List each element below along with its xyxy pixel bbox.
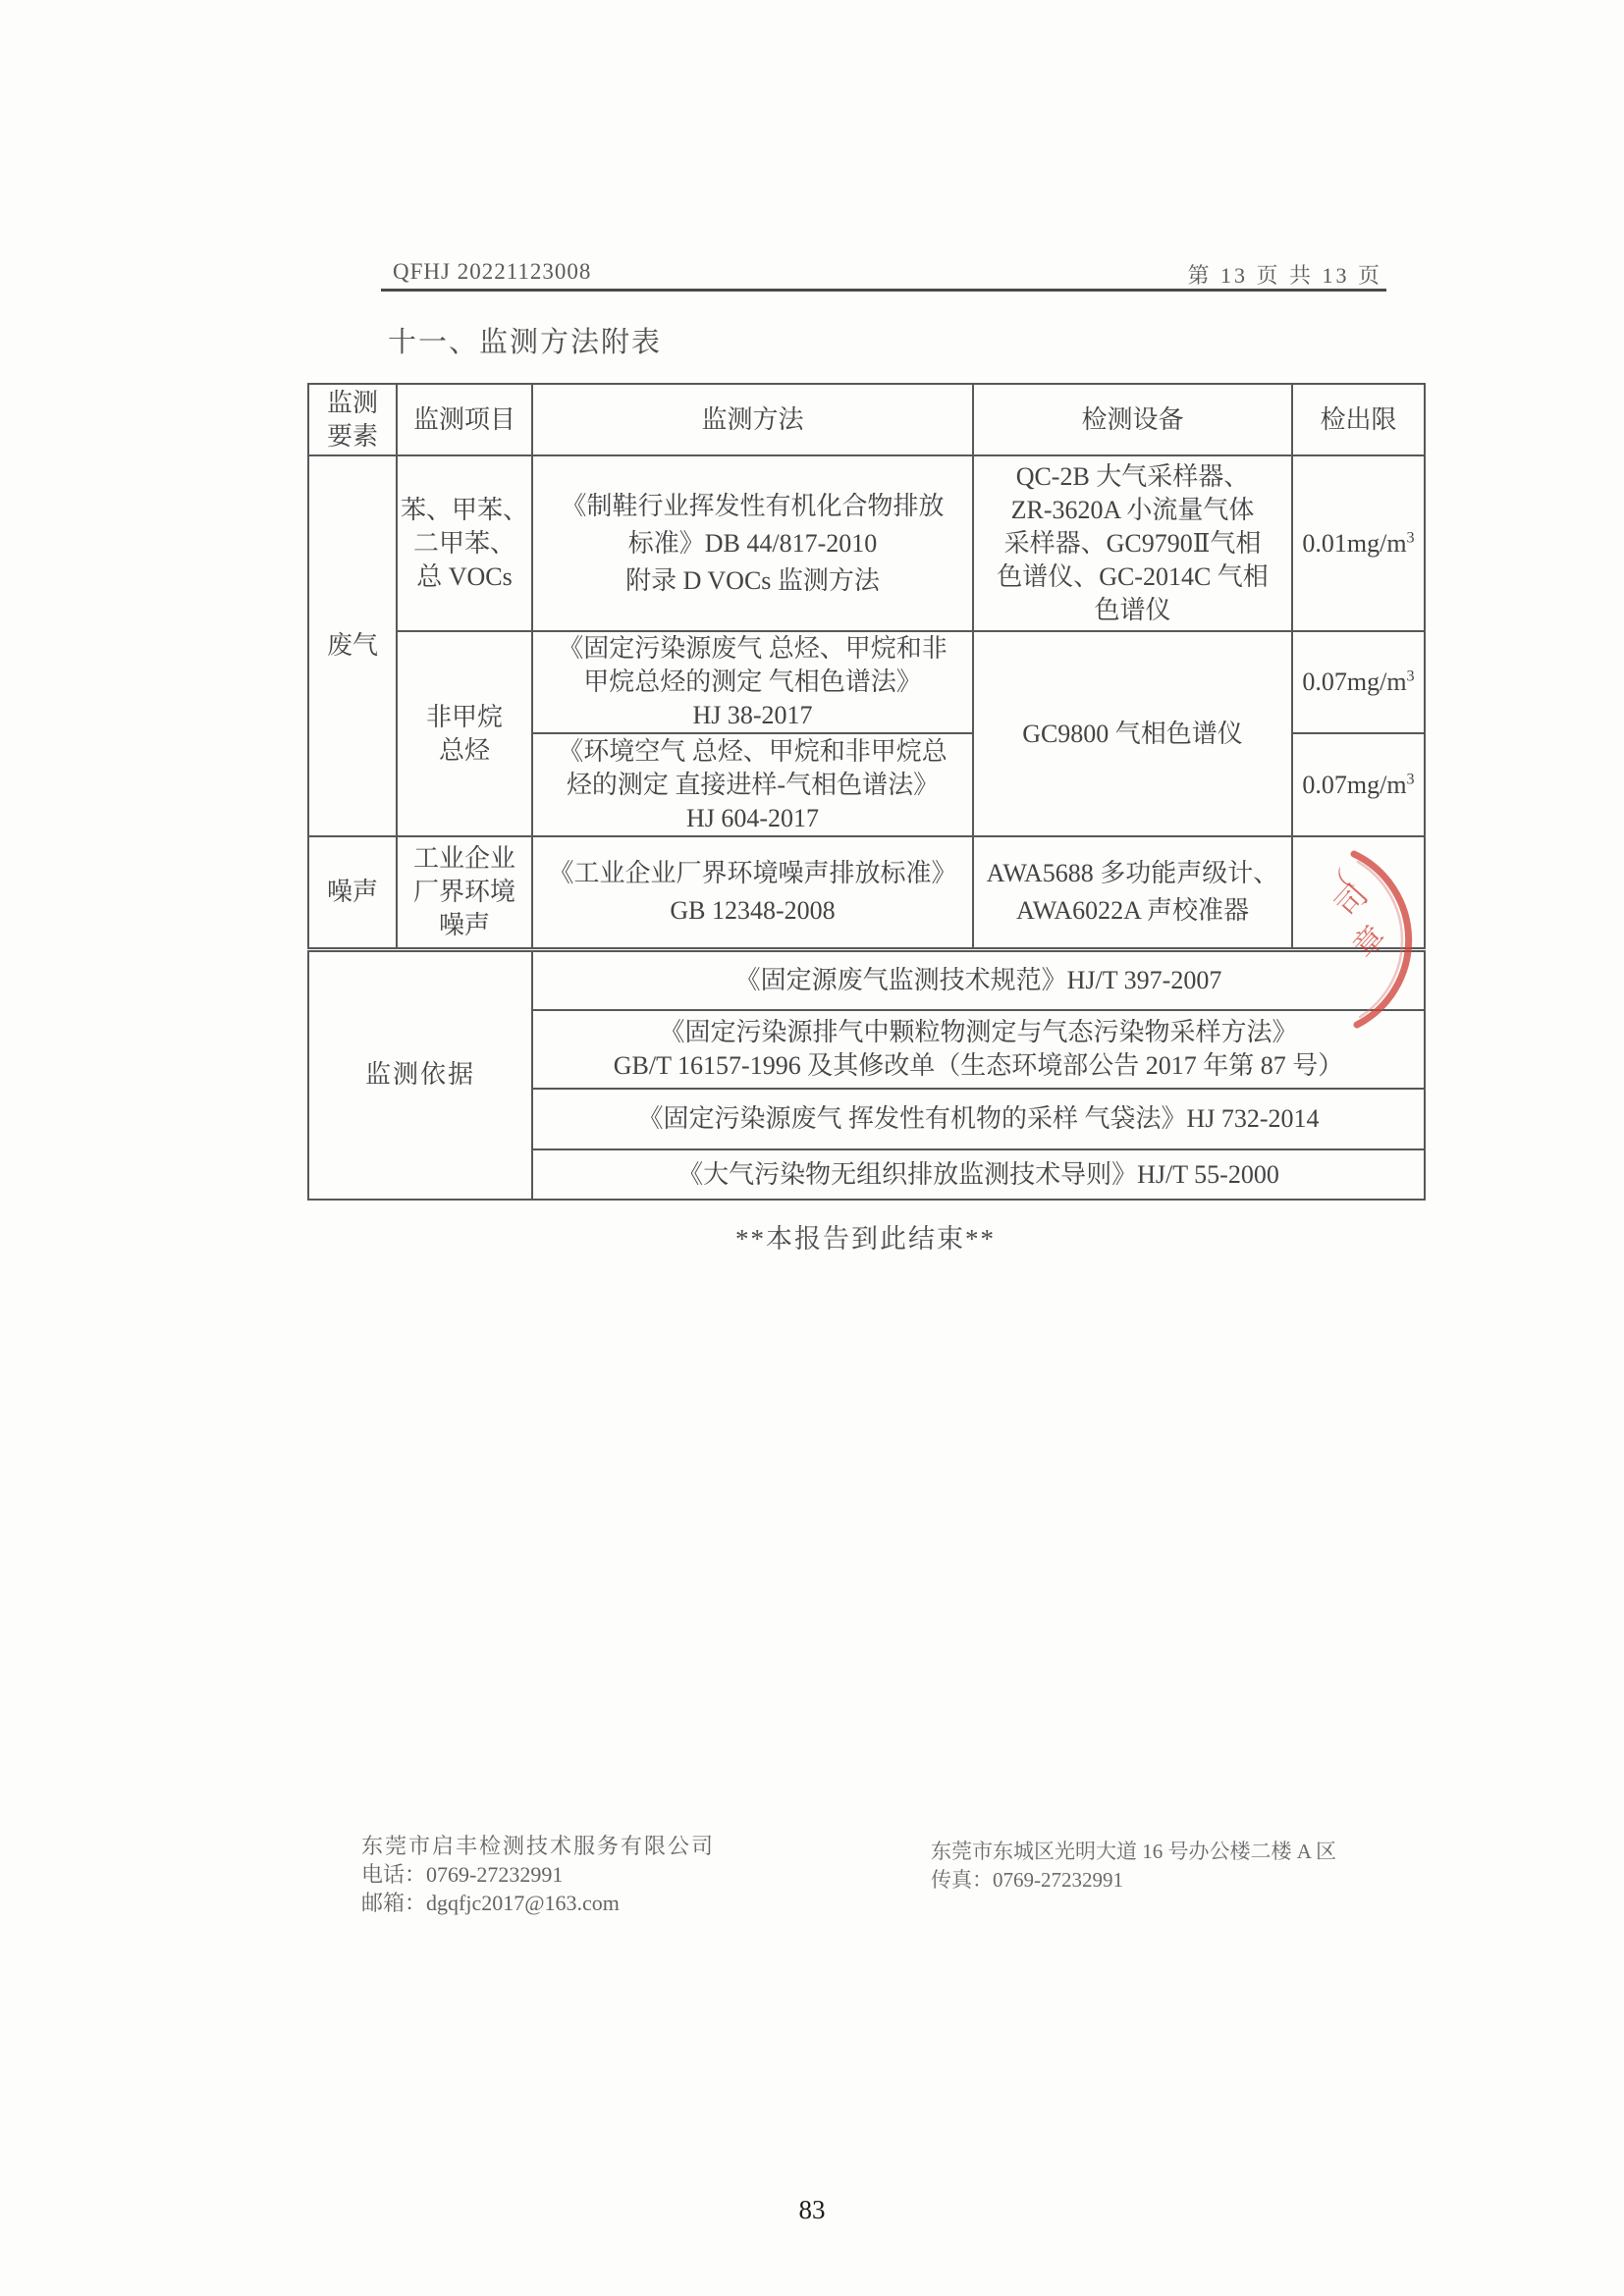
company-name: 东莞市启丰检测技术服务有限公司 <box>361 1832 715 1860</box>
voc-method-line: 附录 D VOCs 监测方法 <box>535 562 970 600</box>
cell-factor-waste-gas: 废气 <box>308 455 397 836</box>
company-email: 邮箱：dgqfjc2017@163.com <box>361 1889 715 1917</box>
nmhc-method1-line: 《固定污染源废气 总烃、甲烷和非 <box>535 632 970 666</box>
nmhc-method2-line: 《环境空气 总烃、甲烷和非甲烷总 <box>535 735 970 769</box>
cell-noise-equipment: AWA5688 多功能声级计、 AWA6022A 声校准器 <box>973 836 1292 949</box>
table-header-row: 监测 要素 监测项目 监测方法 检测设备 检出限 <box>308 384 1425 455</box>
cell-voc-equipment: QC-2B 大气采样器、 ZR-3620A 小流量气体 采样器、GC9790Ⅱ气… <box>973 455 1292 631</box>
cell-basis-4: 《大气污染物无组织排放监测技术导则》HJ/T 55-2000 <box>532 1149 1425 1200</box>
voc-equipment-line: 色谱仪、GC-2014C 气相 <box>976 561 1289 594</box>
header-rule <box>381 289 1386 292</box>
voc-equipment-line: 采样器、GC9790Ⅱ气相 <box>976 527 1289 561</box>
cell-factor-noise: 噪声 <box>308 836 397 949</box>
nmhc-method2-line: 烃的测定 直接进样-气相色谱法》 <box>535 769 970 802</box>
voc-limit-sup: 3 <box>1407 529 1415 546</box>
monitoring-methods-table: 监测 要素 监测项目 监测方法 检测设备 检出限 废气 苯、甲苯、 二甲苯、 总… <box>307 383 1426 1201</box>
voc-method-line: 《制鞋行业挥发性有机化合物排放 <box>535 488 970 525</box>
header-cell-equipment: 检测设备 <box>973 384 1292 455</box>
company-phone: 电话：0769-27232991 <box>361 1860 715 1889</box>
header-cell-method: 监测方法 <box>532 384 973 455</box>
nmhc-limit2-sup: 3 <box>1407 771 1415 787</box>
nmhc-limit1-sup: 3 <box>1407 667 1415 684</box>
voc-limit-value: 0.01mg/m <box>1302 529 1406 558</box>
voc-item-line: 苯、甲苯、 <box>400 494 529 527</box>
company-address: 东莞市东城区光明大道 16 号办公楼二楼 A 区 <box>931 1838 1336 1866</box>
cell-basis-label: 监测依据 <box>308 949 532 1200</box>
row-noise: 噪声 工业企业 厂界环境 噪声 《工业企业厂界环境噪声排放标准》 GB 1234… <box>308 836 1425 949</box>
cell-nmhc-method-1: 《固定污染源废气 总烃、甲烷和非 甲烷总烃的测定 气相色谱法》 HJ 38-20… <box>532 631 973 733</box>
cell-voc-method: 《制鞋行业挥发性有机化合物排放 标准》DB 44/817-2010 附录 D V… <box>532 455 973 631</box>
nmhc-item-line: 非甲烷 <box>400 701 529 734</box>
nmhc-method2-line: HJ 604-2017 <box>535 802 970 835</box>
cell-basis-2: 《固定污染源排气中颗粒物测定与气态污染物采样方法》 GB/T 16157-199… <box>532 1010 1425 1089</box>
cell-nmhc-method-2: 《环境空气 总烃、甲烷和非甲烷总 烃的测定 直接进样-气相色谱法》 HJ 604… <box>532 733 973 836</box>
cell-noise-method: 《工业企业厂界环境噪声排放标准》 GB 12348-2008 <box>532 836 973 949</box>
voc-item-line: 二甲苯、 <box>400 527 529 561</box>
row-basis-1: 监测依据 《固定源废气监测技术规范》HJ/T 397-2007 <box>308 949 1425 1010</box>
header-cell-item: 监测项目 <box>397 384 532 455</box>
report-end-note: **本报告到此结束** <box>307 1217 1424 1255</box>
cell-basis-3: 《固定污染源废气 挥发性有机物的采样 气袋法》HJ 732-2014 <box>532 1089 1425 1149</box>
section-title: 十一、监测方法附表 <box>388 320 662 360</box>
noise-method-line: 《工业企业厂界环境噪声排放标准》 <box>535 855 970 892</box>
row-nmhc-1: 非甲烷 总烃 《固定污染源废气 总烃、甲烷和非 甲烷总烃的测定 气相色谱法》 H… <box>308 631 1425 733</box>
cell-nmhc-item: 非甲烷 总烃 <box>397 631 532 836</box>
nmhc-limit1-value: 0.07mg/m <box>1302 667 1406 696</box>
cell-nmhc-limit-2: 0.07mg/m3 <box>1292 733 1425 836</box>
header-cell-limit: 检出限 <box>1292 384 1425 455</box>
nmhc-method1-line: 甲烷总烃的测定 气相色谱法》 <box>535 666 970 699</box>
header-cell-factor: 监测 要素 <box>308 384 397 455</box>
voc-equipment-line: QC-2B 大气采样器、 <box>976 460 1289 494</box>
footer-company-block: 东莞市启丰检测技术服务有限公司 电话：0769-27232991 邮箱：dgqf… <box>361 1832 715 1917</box>
cell-basis-1: 《固定源废气监测技术规范》HJ/T 397-2007 <box>532 949 1425 1010</box>
report-page: QFHJ 20221123008 第 13 页 共 13 页 十一、监测方法附表… <box>0 0 1624 2296</box>
company-fax: 传真：0769-27232991 <box>931 1866 1336 1895</box>
row-voc: 废气 苯、甲苯、 二甲苯、 总 VOCs 《制鞋行业挥发性有机化合物排放 标准》… <box>308 455 1425 631</box>
nmhc-limit2-value: 0.07mg/m <box>1302 771 1406 799</box>
voc-equipment-line: 色谱仪 <box>976 594 1289 627</box>
noise-equipment-line: AWA6022A 声校准器 <box>976 892 1289 930</box>
voc-method-line: 标准》DB 44/817-2010 <box>535 525 970 562</box>
footer-address-block: 东莞市东城区光明大道 16 号办公楼二楼 A 区 传真：0769-2723299… <box>931 1838 1336 1895</box>
nmhc-method1-line: HJ 38-2017 <box>535 699 970 732</box>
noise-equipment-line: AWA5688 多功能声级计、 <box>976 855 1289 892</box>
noise-item-line: 厂界环境 <box>400 876 529 909</box>
nmhc-item-line: 总烃 <box>400 734 529 768</box>
cell-noise-item: 工业企业 厂界环境 噪声 <box>397 836 532 949</box>
noise-item-line: 噪声 <box>400 909 529 942</box>
header-factor-line1: 监测 <box>311 387 394 420</box>
page-number: 83 <box>0 2195 1624 2225</box>
page-indicator: 第 13 页 共 13 页 <box>1187 259 1382 290</box>
header-factor-line2: 要素 <box>311 420 394 454</box>
basis2-line: 《固定污染源排气中颗粒物测定与气态污染物采样方法》 <box>535 1016 1422 1049</box>
noise-method-line: GB 12348-2008 <box>535 892 970 930</box>
cell-nmhc-equipment: GC9800 气相色谱仪 <box>973 631 1292 836</box>
basis2-line: GB/T 16157-1996 及其修改单（生态环境部公告 2017 年第 87… <box>535 1049 1422 1083</box>
voc-item-line: 总 VOCs <box>400 561 529 594</box>
cell-nmhc-limit-1: 0.07mg/m3 <box>1292 631 1425 733</box>
noise-item-line: 工业企业 <box>400 842 529 876</box>
report-number: QFHJ 20221123008 <box>393 259 591 285</box>
cell-voc-item: 苯、甲苯、 二甲苯、 总 VOCs <box>397 455 532 631</box>
cell-noise-limit <box>1292 836 1425 949</box>
voc-equipment-line: ZR-3620A 小流量气体 <box>976 494 1289 527</box>
cell-voc-limit: 0.01mg/m3 <box>1292 455 1425 631</box>
